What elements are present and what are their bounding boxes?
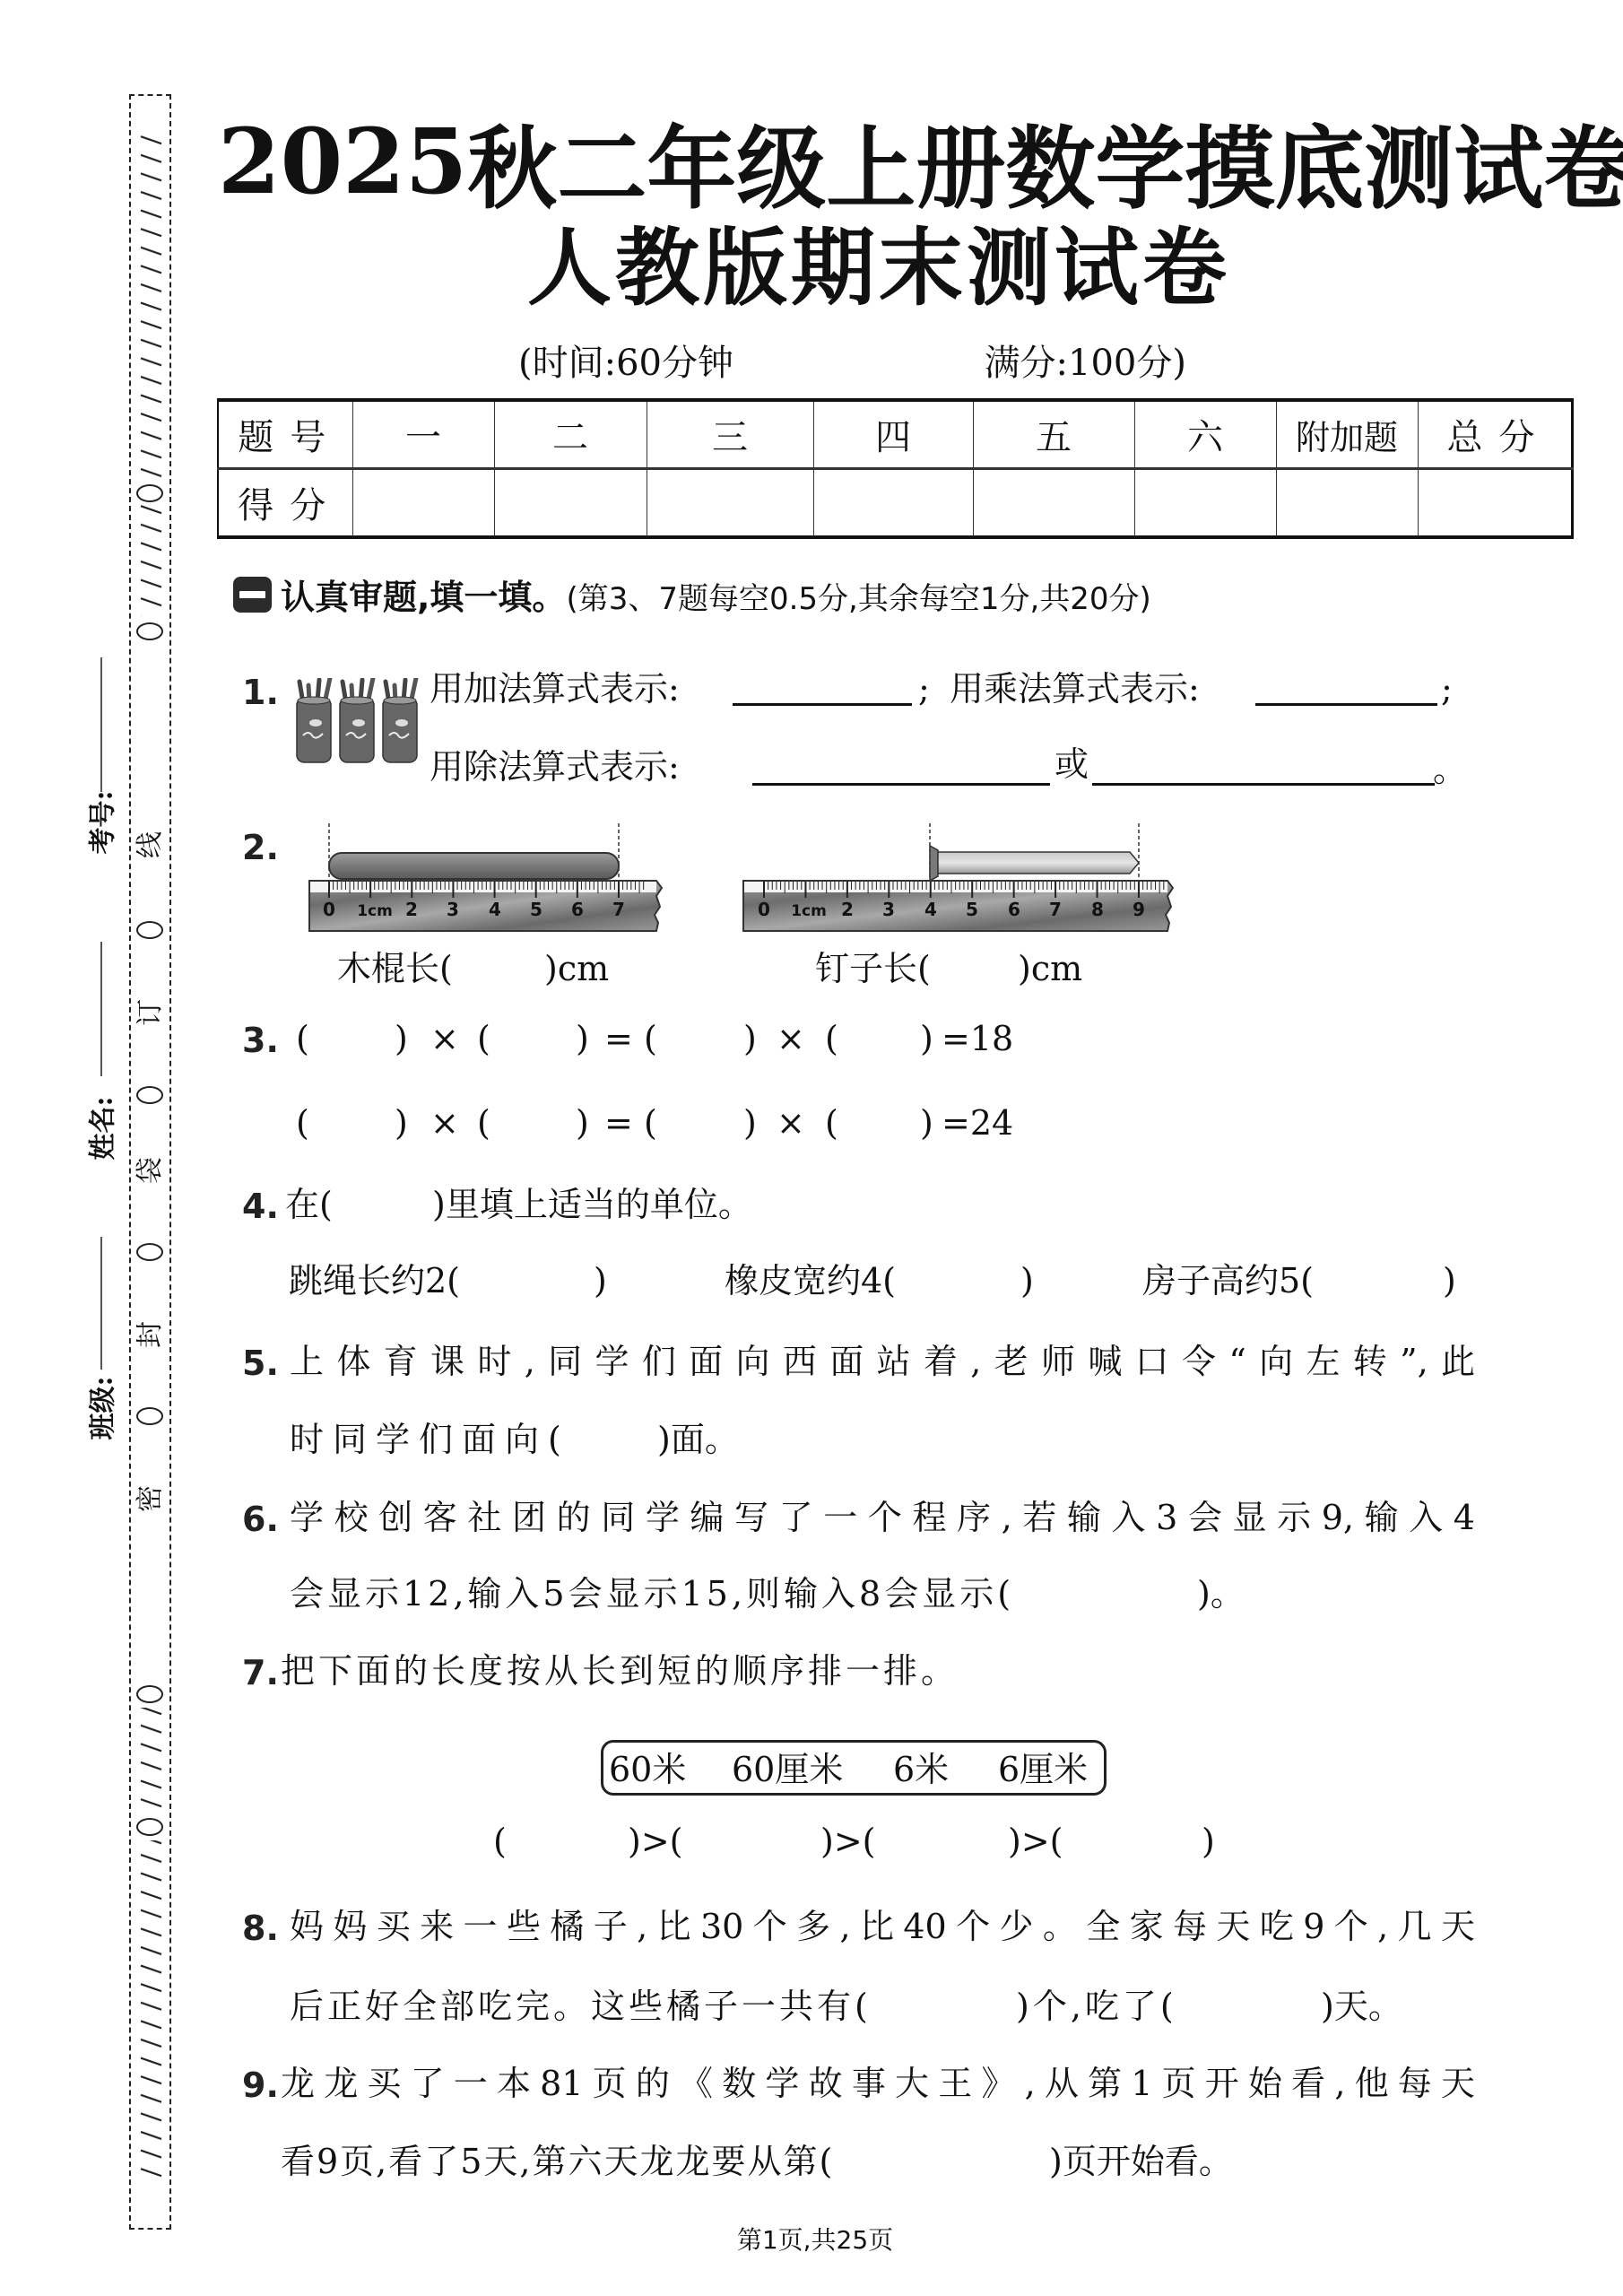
strip-char-xian: 线 [137, 829, 164, 861]
q8-text-line1: 妈妈买来一些橘子,比30个多,比40个少。全家每天吃9个,几天 [290, 1909, 1475, 1944]
q1-div-prompt: 用除法算式表示: [430, 750, 680, 784]
exam-number-line[interactable] [100, 657, 102, 792]
circle-mark [136, 1086, 163, 1104]
title2-char: 人 [527, 200, 612, 321]
q5-text-line1: 上体育课时,同学们面向西面站着,老师喊口令“向左转”,此 [290, 1344, 1475, 1378]
nail-length-answer[interactable] [924, 951, 1013, 987]
answer-blank[interactable] [1085, 1823, 1193, 1859]
section-title: 认真审题,填一填。(第3、7题每空0.5分,其余每空1分,共20分) [281, 580, 1151, 614]
score-cell[interactable] [352, 469, 494, 538]
exam-full-score: 满分:100分) [985, 335, 1186, 386]
ruler-label: 4 [489, 899, 501, 920]
title-char: 底 [1274, 97, 1364, 226]
q6-text-line1: 学校创客社团的同学编写了一个程序,若输入3会显示9,输入4 [290, 1500, 1475, 1535]
circle-mark [136, 484, 163, 502]
length-item: 60米 [609, 1752, 686, 1787]
question-number: 4. [242, 1189, 279, 1223]
page-title: 2025 秋 二 年 级 上 册 数 学 摸 底 测 试 卷 [218, 117, 1574, 206]
paren-close: ) [395, 1022, 408, 1056]
q1-period: 。 [1433, 752, 1467, 787]
ruler-label: 1cm [791, 902, 827, 920]
strip-char-dai: 袋 [137, 1154, 164, 1187]
equation-result: =24 [942, 1106, 1013, 1140]
paren-open: ( [644, 1106, 657, 1140]
paren-close: ) [920, 1106, 933, 1140]
circle-mark [136, 1243, 163, 1261]
score-cell[interactable] [973, 469, 1134, 538]
q1-separator: ; [1441, 672, 1453, 706]
column-header-5: 五 [973, 400, 1134, 469]
question-number: 6. [242, 1502, 279, 1536]
nail-length-unit: )cm [1018, 952, 1082, 986]
ruler-label: 9 [1133, 899, 1145, 920]
ruler-label: 4 [924, 899, 937, 920]
section-scoring-note: (第3、7题每空0.5分,其余每空1分,共20分) [566, 581, 1150, 617]
greater-than: )>( [1008, 1824, 1063, 1858]
title-char: 2025 [218, 109, 467, 214]
column-header-bonus: 附加题 [1276, 400, 1418, 469]
ruler-label: 3 [882, 899, 895, 920]
title2-char: 版 [703, 200, 787, 321]
paren-close: ) [594, 1264, 607, 1298]
circle-mark [136, 1818, 163, 1836]
q1-div-answer-blank-1[interactable] [752, 783, 1050, 786]
answer-blank[interactable] [316, 1105, 392, 1141]
ruler-with-stick: 0 1cm 2 3 4 5 6 7 [305, 821, 664, 935]
paren-open: ( [477, 1106, 490, 1140]
paren-close: ) [576, 1106, 589, 1140]
answer-blank[interactable] [316, 1021, 392, 1057]
question-number: 9. [242, 2068, 279, 2102]
title2-char: 试 [1055, 200, 1139, 321]
q4-prompt-start: 在( [285, 1187, 333, 1222]
question-number: 1. [242, 675, 279, 709]
ruler-label: 2 [405, 899, 418, 920]
strip-char-feng: 封 [137, 1318, 164, 1351]
paren-close: ) [395, 1106, 408, 1140]
house-item: 房子高约5( [1142, 1264, 1314, 1298]
stick-length-prompt: 木棍长( [337, 952, 453, 986]
equals-sign: = [604, 1106, 633, 1140]
q6-text-line2-end: )。 [1197, 1577, 1245, 1611]
q1-add-prompt: 用加法算式表示: [430, 672, 680, 706]
title2-char: 卷 [1142, 200, 1227, 321]
answer-blank[interactable] [897, 1823, 1004, 1859]
title2-char: 测 [967, 200, 1051, 321]
times-sign: × [430, 1106, 459, 1140]
answer-blank[interactable] [1112, 1576, 1193, 1612]
paren-open: ( [825, 1106, 838, 1140]
paren-close: ) [1443, 1264, 1456, 1298]
q1-div-answer-blank-2[interactable] [1092, 783, 1435, 786]
paren-open: ( [477, 1022, 490, 1056]
q8-text-line2-a: 后正好全部吃完。这些橘子一共有( [290, 1989, 872, 2023]
answer-blank[interactable] [497, 1021, 573, 1057]
paren-open: ( [296, 1022, 309, 1056]
score-cell[interactable] [494, 469, 647, 538]
score-table: 题号 一 二 三 四 五 六 附加题 总分 得分 [217, 398, 1574, 539]
page-indicator: 第1页,共25页 [732, 2228, 898, 2253]
q1-add-answer-blank[interactable] [733, 703, 912, 706]
stick-length-answer[interactable] [448, 951, 538, 987]
answer-blank[interactable] [933, 1263, 1022, 1299]
ruler-label: 2 [841, 899, 854, 920]
paren-close: ) [1202, 1824, 1215, 1858]
title2-char: 期 [791, 200, 875, 321]
page-subtitle: 人 教 版 期 末 测 试 卷 [527, 215, 1227, 305]
title-char: 试 [1454, 97, 1543, 226]
q8-text-line2-c: )天。 [1321, 1989, 1402, 2023]
answer-blank[interactable] [497, 1105, 573, 1141]
ruler-label: 7 [612, 899, 625, 920]
ruler-label: 5 [530, 899, 542, 920]
column-header-4: 四 [813, 400, 973, 469]
q4-prompt-end: )里填上适当的单位。 [432, 1187, 752, 1222]
column-header-2: 二 [494, 400, 647, 469]
length-item: 6米 [893, 1752, 949, 1787]
circle-mark [136, 1685, 163, 1703]
days-count-blank[interactable] [1233, 1988, 1314, 2024]
paren-open: ( [493, 1824, 507, 1858]
answer-blank[interactable] [664, 1105, 740, 1141]
answer-blank[interactable] [1350, 1263, 1439, 1299]
strip-char-ding: 订 [137, 996, 164, 1029]
ruler-label: 3 [447, 899, 459, 920]
ruler-label: 6 [1008, 899, 1020, 920]
q1-mul-prompt: 用乘法算式表示: [950, 672, 1200, 706]
pencil-cans-icon [296, 678, 420, 764]
answer-blank[interactable] [845, 1021, 916, 1057]
equals-sign: = [604, 1022, 633, 1056]
column-header-total: 总分 [1418, 400, 1572, 469]
answer-blank[interactable] [708, 1823, 816, 1859]
score-cell[interactable] [1418, 469, 1572, 538]
times-sign: × [777, 1022, 805, 1056]
score-table-score-row: 得分 [218, 469, 1572, 538]
score-cell[interactable] [1276, 469, 1418, 538]
q8-text-line2-b: )个,吃了( [1016, 1989, 1177, 2023]
score-cell[interactable] [813, 469, 973, 538]
column-header-6: 六 [1134, 400, 1276, 469]
question-number: 2. [242, 831, 279, 865]
eraser-item: 橡皮宽约4( [725, 1264, 896, 1298]
q1-mul-answer-blank[interactable] [1255, 703, 1437, 706]
nail-length-prompt: 钉子长( [815, 952, 931, 986]
length-item: 60厘米 [732, 1752, 843, 1787]
paren-open: ( [644, 1022, 657, 1056]
equation-result: =18 [942, 1022, 1013, 1056]
class-label: 班级: [91, 1376, 117, 1439]
exam-time: (时间:60分钟 [518, 335, 733, 386]
q6-text-line2-start: 会显示12,输入5会显示15,则输入8会显示( [290, 1577, 1014, 1611]
answer-blank[interactable] [664, 1021, 740, 1057]
exam-info: (时间:60分钟 满分:100分) [518, 338, 1186, 381]
q5-text-line2-end: )面。 [657, 1422, 739, 1457]
title-char: 卷 [1543, 97, 1623, 226]
section-one-badge-icon [233, 577, 272, 613]
paren-close: ) [1020, 1264, 1034, 1298]
score-cell[interactable] [1134, 469, 1276, 538]
title2-char: 教 [615, 200, 699, 321]
question-number: 7. [242, 1656, 279, 1690]
ruler-label: 1cm [357, 902, 393, 920]
q9-text-line2-end: )页开始看。 [1049, 2144, 1233, 2179]
q1-separator: ; [918, 672, 930, 706]
q7-prompt: 把下面的长度按从长到短的顺序排一排。 [281, 1654, 959, 1688]
ruler-label: 0 [758, 899, 770, 920]
ruler-with-nail: 0 1cm 2 3 4 5 6 7 8 9 [739, 821, 1178, 935]
paren-close: ) [920, 1022, 933, 1056]
exam-number-label: 考号: [91, 790, 117, 854]
column-header-3: 三 [647, 400, 813, 469]
circle-mark [136, 622, 163, 640]
name-line[interactable] [100, 942, 102, 1076]
row-header-question-number: 题号 [218, 400, 352, 469]
paren-open: ( [825, 1022, 838, 1056]
answer-blank[interactable] [516, 1823, 623, 1859]
paren-close: ) [743, 1022, 757, 1056]
circle-mark [136, 1407, 163, 1425]
title2-char: 末 [879, 200, 963, 321]
length-item: 6厘米 [998, 1752, 1088, 1787]
ruler-label: 8 [1091, 899, 1104, 920]
ruler-label: 5 [966, 899, 978, 920]
stick-length-unit: )cm [544, 952, 609, 986]
orange-count-blank[interactable] [924, 1988, 1004, 2024]
paren-open: ( [296, 1106, 309, 1140]
question-number: 5. [242, 1346, 279, 1380]
answer-blank[interactable] [845, 1105, 916, 1141]
greater-than: )>( [628, 1824, 683, 1858]
ruler-label: 7 [1049, 899, 1062, 920]
paren-close: ) [743, 1106, 757, 1140]
score-table-header-row: 题号 一 二 三 四 五 六 附加题 总分 [218, 400, 1572, 469]
row-header-score: 得分 [218, 469, 352, 538]
question-number: 3. [242, 1023, 279, 1057]
q5-text-line2-start: 时同学们面向( [290, 1422, 570, 1457]
column-header-1: 一 [352, 400, 494, 469]
times-sign: × [777, 1106, 805, 1140]
q9-text-line2-start: 看9页,看了5天,第六天龙龙要从第( [281, 2144, 834, 2179]
answer-blank[interactable] [574, 1422, 664, 1457]
q9-text-line1: 龙龙买了一本81页的《数学故事大王》,从第1页开始看,他每天 [281, 2066, 1475, 2100]
title-char: 测 [1364, 97, 1454, 226]
score-cell[interactable] [647, 469, 813, 538]
q1-or-text: 或 [1055, 747, 1089, 781]
class-line[interactable] [100, 1237, 102, 1370]
start-page-blank[interactable] [959, 2144, 1049, 2179]
jump-rope-item: 跳绳长约2( [289, 1264, 460, 1298]
circle-mark [136, 921, 163, 939]
question-number: 8. [242, 1911, 279, 1945]
times-sign: × [430, 1022, 459, 1056]
strip-char-mi: 密 [137, 1483, 164, 1515]
ruler-label: 0 [323, 899, 335, 920]
paren-close: ) [576, 1022, 589, 1056]
section-title-text: 认真审题,填一填。 [281, 578, 566, 617]
answer-blank[interactable] [502, 1263, 592, 1299]
greater-than: )>( [820, 1824, 876, 1858]
ruler-label: 6 [571, 899, 584, 920]
name-label: 姓名: [91, 1096, 117, 1160]
